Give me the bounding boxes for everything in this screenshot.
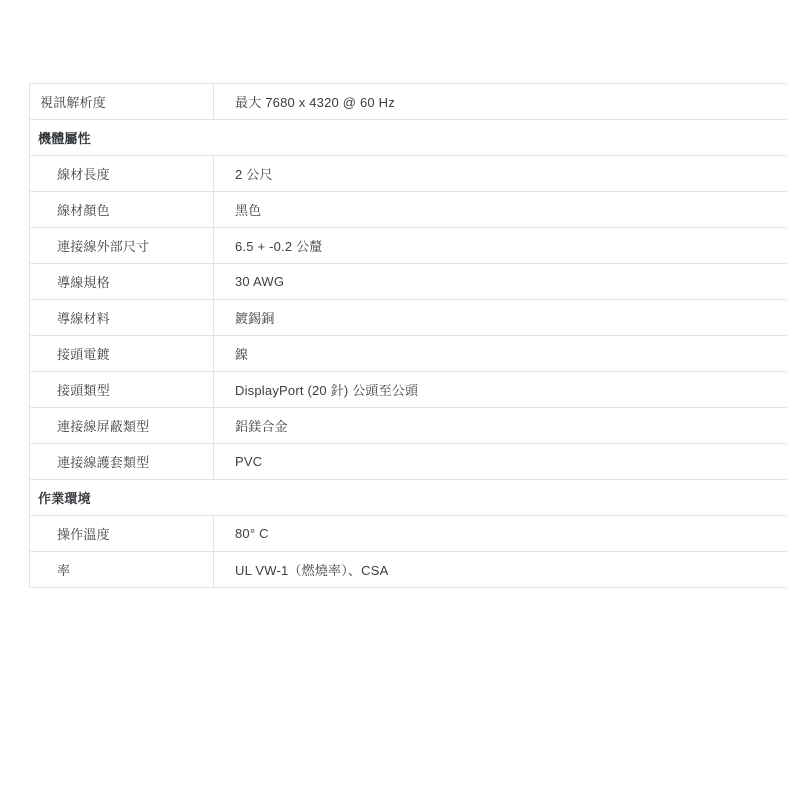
spec-value: 鍍錫銅 (214, 300, 787, 335)
spec-label: 連接線護套類型 (30, 444, 214, 479)
spec-row: 率 UL VW-1（燃燒率）、CSA (30, 552, 787, 588)
spec-row: 操作溫度 80° C (30, 516, 787, 552)
spec-row: 線材長度 2 公尺 (30, 156, 787, 192)
spec-label: 線材顏色 (30, 192, 214, 227)
spec-row: 連接線護套類型 PVC (30, 444, 787, 480)
spec-label: 操作溫度 (30, 516, 214, 551)
spec-label: 接頭電鍍 (30, 336, 214, 371)
spec-row: 連接線屏蔽類型 鋁鎂合金 (30, 408, 787, 444)
spec-row: 導線材料 鍍錫銅 (30, 300, 787, 336)
spec-label: 導線材料 (30, 300, 214, 335)
spec-section-title: 作業環境 (30, 488, 91, 507)
spec-value: UL VW-1（燃燒率）、CSA (214, 552, 787, 587)
spec-value: 鎳 (214, 336, 787, 371)
spec-value: 最大 7680 x 4320 @ 60 Hz (214, 84, 787, 119)
spec-value: DisplayPort (20 針) 公頭至公頭 (214, 372, 787, 407)
spec-value: PVC (214, 444, 787, 479)
spec-section-title: 機體屬性 (30, 128, 91, 147)
spec-row: 視訊解析度 最大 7680 x 4320 @ 60 Hz (30, 84, 787, 120)
page: 視訊解析度 最大 7680 x 4320 @ 60 Hz 機體屬性 線材長度 2… (0, 0, 800, 800)
spec-section-row: 機體屬性 (30, 120, 787, 156)
product-spec-table: 視訊解析度 最大 7680 x 4320 @ 60 Hz 機體屬性 線材長度 2… (29, 83, 787, 588)
spec-row: 接頭類型 DisplayPort (20 針) 公頭至公頭 (30, 372, 787, 408)
spec-value: 鋁鎂合金 (214, 408, 787, 443)
spec-label: 連接線屏蔽類型 (30, 408, 214, 443)
spec-value: 30 AWG (214, 264, 787, 299)
spec-row: 連接線外部尺寸 6.5 + -0.2 公釐 (30, 228, 787, 264)
spec-row: 接頭電鍍 鎳 (30, 336, 787, 372)
spec-row: 導線規格 30 AWG (30, 264, 787, 300)
spec-value: 黑色 (214, 192, 787, 227)
spec-label: 率 (30, 552, 214, 587)
spec-label: 線材長度 (30, 156, 214, 191)
spec-row: 線材顏色 黑色 (30, 192, 787, 228)
spec-label: 視訊解析度 (30, 84, 214, 119)
spec-label: 連接線外部尺寸 (30, 228, 214, 263)
spec-value: 6.5 + -0.2 公釐 (214, 228, 787, 263)
spec-value: 80° C (214, 516, 787, 551)
spec-label: 導線規格 (30, 264, 214, 299)
spec-value: 2 公尺 (214, 156, 787, 191)
spec-label: 接頭類型 (30, 372, 214, 407)
spec-section-row: 作業環境 (30, 480, 787, 516)
